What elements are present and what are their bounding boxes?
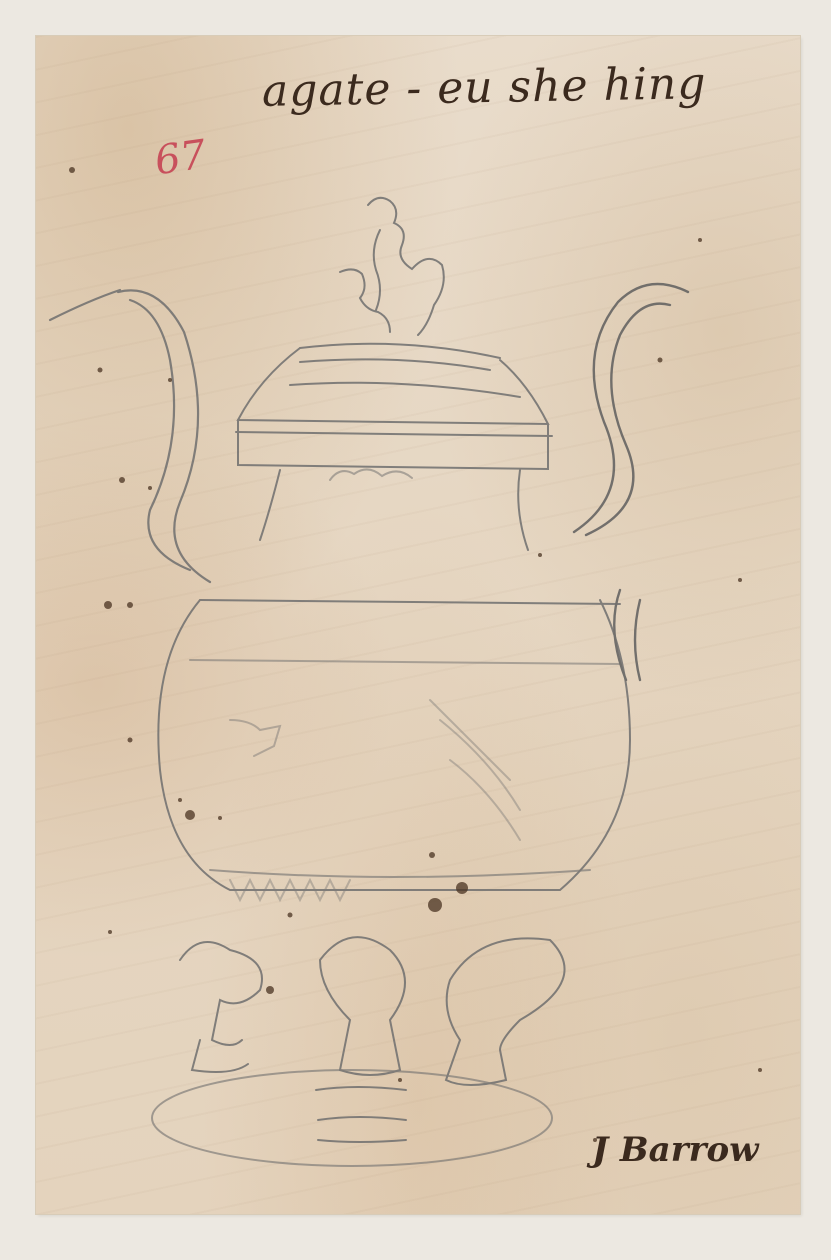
urn-sketch [0,0,831,1260]
left-handle [50,290,210,582]
urn-feet [180,937,565,1142]
urn-neck [260,470,528,550]
urn-body [158,600,630,900]
top-inscription: agate - eu she hing [262,58,707,117]
artist-signature: J Barrow [592,1130,758,1170]
finial-figure [340,198,444,335]
right-handle [574,284,688,680]
urn-lid [236,344,552,469]
inventory-number: 67 [152,132,209,185]
